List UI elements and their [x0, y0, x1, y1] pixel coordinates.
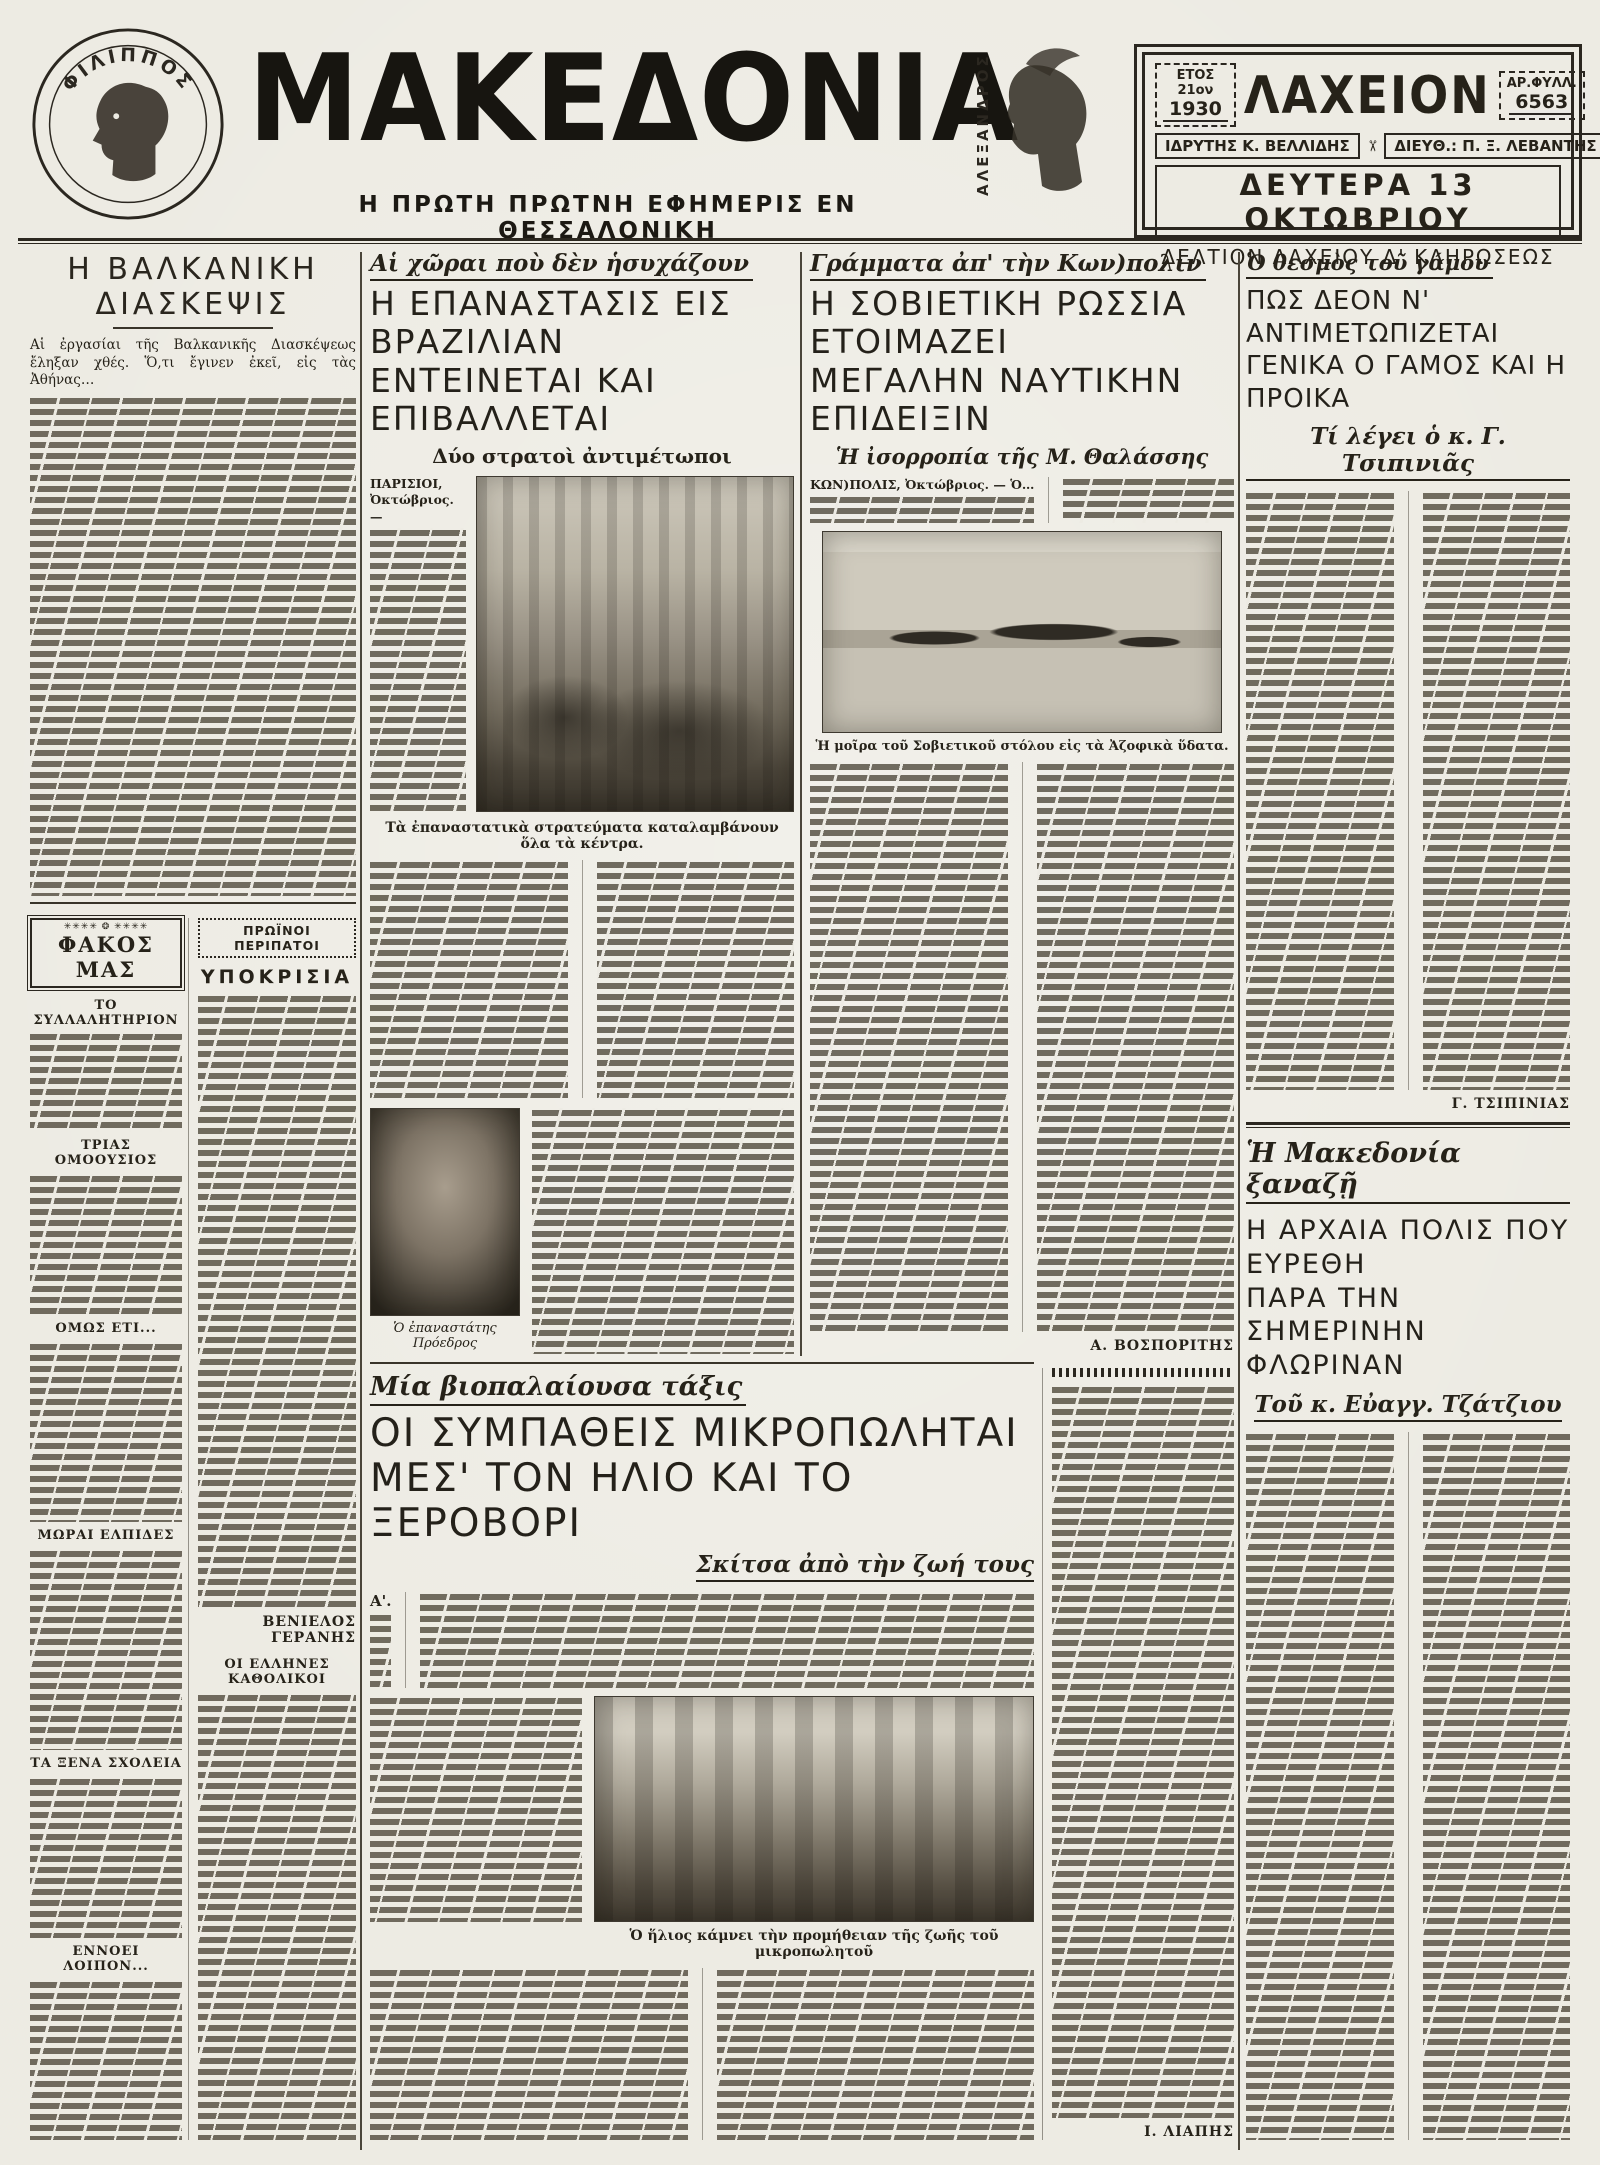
column-divider [800, 252, 802, 1356]
year-box: ΕΤΟΣ 21ον 1930 [1155, 63, 1236, 127]
body-text-block [370, 1968, 688, 2140]
parade-photo-caption: Τὰ ἐπαναστατικὰ στρατεύματα καταλαμβάνου… [370, 820, 794, 852]
column-divider [1048, 477, 1049, 523]
column-divider [1408, 491, 1409, 1090]
column-fakos-mas: ✳✳✳✳ ❂ ✳✳✳✳ ΦΑΚΟΣ ΜΑΣ ΤΟ ΣΥΛΛΑΛΗΤΗΡΙΟΝ Τ… [30, 918, 182, 2140]
body-text-block [198, 1693, 356, 2140]
issue-label: ΑΡ.ΦΥΛΛ. [1507, 76, 1577, 91]
vendors-headline-line2: ΜΕΣ' ΤΟΝ ΗΛΙΟ ΚΑΙ ΤΟ ΞΕΡΟΒΟΡΙ [370, 1457, 1034, 1547]
body-text-block [30, 1980, 182, 2141]
column-divider [582, 860, 583, 1098]
soviet-headline-line2: ΜΕΓΑΛΗΝ ΝΑΥΤΙΚΗΝ ΕΠΙΔΕΙΞΙΝ [810, 362, 1234, 439]
fakos-title: ΦΑΚΟΣ ΜΑΣ [34, 932, 178, 982]
column-divider [702, 1968, 703, 2140]
body-text-block [30, 1549, 182, 1750]
founder-box: ΙΔΡΥΤΗΣ Κ. ΒΕΛΛΙΔΗΣ [1155, 133, 1360, 159]
body-text-block [1052, 1385, 1234, 2118]
soviet-kicker: Γράμματα ἀπ' τὴν Κων)πολιν [810, 250, 1206, 281]
year-value: 1930 [1163, 98, 1228, 122]
brazil-subhead: Δύο στρατοὶ ἀντιμέτωποι [370, 444, 794, 468]
article-florina: Ἡ Μακεδονία ξαναζῇ Η ΑΡΧΑΙΑ ΠΟΛΙΣ ΠΟΥ ΕΥ… [1246, 1138, 1570, 1422]
fakos-box: ✳✳✳✳ ❂ ✳✳✳✳ ΦΑΚΟΣ ΜΑΣ [30, 918, 182, 988]
newspaper-title: ΜΑΚΕΔΟΝΙΑ [248, 40, 927, 160]
body-text-block [1246, 1432, 1394, 2140]
florina-byline: Τοῦ κ. Εὐαγγ. Τζάτζιου [1254, 1391, 1561, 1422]
florina-headline-line2: ΠΑΡΑ ΤΗΝ ΣΗΜΕΡΙΝΗΝ ΦΛΩΡΙΝΑΝ [1246, 1282, 1570, 1383]
alexander-bust-icon [1008, 65, 1086, 191]
article-soviet-navy: Γράμματα ἀπ' τὴν Κων)πολιν Η ΣΟΒΙΕΤΙΚΗ Ρ… [810, 250, 1234, 1354]
marriage-subhead: Τί λέγει ὁ κ. Γ. Τσιπινιᾶς [1246, 423, 1570, 481]
marriage-headline-line1: ΠΩΣ ΔΕΟΝ Ν' ΑΝΤΙΜΕΤΩΠΙΖΕΤΑΙ [1246, 285, 1570, 350]
philip-emblem: ΦΙΛΙΠΠΟΣ [30, 26, 226, 222]
alexander-emblem: ΑΛΕΞΑΝΔΡΟΣ [968, 36, 1098, 226]
fleet-photo-caption: Ἡ μοῖρα τοῦ Σοβιετικοῦ στόλου εἰς τὰ Ἀζο… [810, 739, 1234, 754]
column-right: Ὁ θεσμὸς τοῦ γάμου ΠΩΣ ΔΕΟΝ Ν' ΑΝΤΙΜΕΤΩΠ… [1246, 250, 1570, 2140]
column-divider [405, 1592, 406, 1688]
vendors-headline-line1: ΟΙ ΣΥΜΠΑΘΕΙΣ ΜΙΚΡΟΠΩΛΗΤΑΙ [370, 1412, 1034, 1457]
director-box: ΔΙΕΥΘ.: Π. Ξ. ΛΕΒΑΝΤΗΣ [1384, 133, 1600, 159]
vendors-signature: Ι. ΛΙΑΠΗΣ [1052, 2124, 1234, 2140]
body-text-block [1423, 1432, 1571, 2140]
brazil-headline-line2: ΕΝΤΕΙΝΕΤΑΙ ΚΑΙ ΕΠΙΒΑΛΛΕΤΑΙ [370, 362, 794, 439]
column-divider [1042, 1368, 1043, 2140]
date-box: ΔΕΥΤΕΡΑ 13 ΟΚΤΩΒΡΙΟΥ [1155, 165, 1561, 239]
brazil-kicker: Αἱ χῶραι ποὺ δὲν ἡσυχάζουν [370, 250, 753, 281]
soviet-fleet-photo [822, 531, 1222, 733]
soviet-subhead: Ἡ ἰσορροπία τῆς Μ. Θαλάσσης [810, 444, 1234, 469]
body-text-block [30, 1174, 182, 1314]
parade-photo [476, 476, 794, 812]
column-divider [1408, 1432, 1409, 2140]
year-label: ΕΤΟΣ 21ον [1163, 68, 1228, 98]
body-text-block [370, 860, 568, 1098]
issue-box: ΑΡ.ΦΥΛΛ. 6563 [1499, 71, 1585, 120]
body-text-block [370, 1696, 582, 1922]
body-text-block [30, 1032, 182, 1132]
soviet-signature: Α. ΒΟΣΠΟΡΙΤΗΣ [810, 1338, 1234, 1354]
peripatoi-kicker: ΠΡΩΪΝΟΙ ΠΕΡΙΠΑΤΟΙ [198, 918, 356, 958]
article-street-vendors: Μία βιοπαλαίουσα τάξις ΟΙ ΣΥΜΠΑΘΕΙΣ ΜΙΚΡ… [370, 1362, 1034, 2140]
balkan-headline: Η ΒΑΛΚΑΝΙΚΗ ΔΙΑΣΚΕΨΙΣ [30, 252, 356, 322]
florina-headline-line1: Η ΑΡΧΑΙΑ ΠΟΛΙΣ ΠΟΥ ΕΥΡΕΘΗ [1246, 1214, 1570, 1282]
rebel-president-portrait [370, 1108, 520, 1316]
lottery-banner: ΛΑΧΕΙΟΝ [1244, 65, 1491, 125]
marriage-headline-line2: ΓΕΝΙΚΑ Ο ΓΑΜΟΣ ΚΑΙ Η ΠΡΟΙΚΑ [1246, 350, 1570, 415]
body-text-block [1423, 491, 1571, 1090]
body-text-block [198, 994, 356, 1609]
fakos-subhead: ΕΝΝΟΕΙ ΛΟΙΠΟΝ... [30, 1944, 182, 1974]
body-text-block [810, 495, 1034, 523]
body-text-block [717, 1968, 1035, 2140]
fakos-section-title: ΤΟ ΣΥΛΛΑΛΗΤΗΡΙΟΝ [30, 998, 182, 1028]
florina-kicker: Ἡ Μακεδονία ξαναζῇ [1246, 1138, 1570, 1204]
body-text-block [1246, 491, 1394, 1090]
article-balkan-conference: Η ΒΑΛΚΑΝΙΚΗ ΔΙΑΣΚΕΨΙΣ Αἱ ἐργασίαι τῆς Βα… [30, 252, 356, 904]
section-rule [1246, 1122, 1570, 1128]
marriage-signature: Γ. ΤΣΙΠΙΝΙΑΣ [1246, 1096, 1570, 1112]
column-divider [188, 918, 189, 2140]
street-vendors-photo [594, 1696, 1034, 1922]
body-text-block [30, 396, 356, 896]
peripatoi-headline: ΥΠΟΚΡΙΣΙΑ [198, 966, 356, 988]
headline-underline [113, 327, 273, 329]
peripatoi-signature: ΒΕΝΙΕΛΟΣ ΓΕΡΑΝΗΣ [198, 1614, 356, 1646]
column-divider [1022, 762, 1023, 1332]
philip-profile-icon [93, 83, 169, 181]
fakos-subhead: ΜΩΡΑΙ ΕΛΠΙΔΕΣ [30, 1528, 182, 1543]
newspaper-subtitle: Η ΠΡΩΤΗ ΠΡΩΤΝΗ ΕΦΗΜΕΡΙΣ ΕΝ ΘΕΣΣΑΛΟΝΙΚΗ [248, 192, 968, 244]
greek-catholics-header: ΟΙ ΕΛΛΗΝΕΣ ΚΑΘΟΛΙΚΟΙ [198, 1657, 356, 1687]
body-text-block [370, 528, 466, 812]
vendors-right-column: Ι. ΛΙΑΠΗΣ [1052, 1368, 1234, 2140]
soviet-dateline: ΚΩΝ)ΠΟΛΙΣ, Ὀκτώβριος. — Ὁ… [810, 477, 1034, 493]
body-text-block [370, 1613, 391, 1688]
vendors-subhead: Σκίτσα ἀπὸ τὴν ζωή τους [696, 1551, 1034, 1582]
body-text-block [810, 762, 1008, 1332]
vendors-photo-caption: Ὁ ἥλιος κάμνει τὴν προμήθειαν τῆς ζωῆς τ… [594, 1928, 1034, 1960]
ornament-row: ✳✳✳✳ ❂ ✳✳✳✳ [34, 922, 178, 932]
section-rule [30, 902, 356, 904]
article-marriage: Ὁ θεσμὸς τοῦ γάμου ΠΩΣ ΔΕΟΝ Ν' ΑΝΤΙΜΕΤΩΠ… [1246, 250, 1570, 481]
masthead-info-box: ΕΤΟΣ 21ον 1930 ΛΑΧΕΙΟΝ ΑΡ.ΦΥΛΛ. 6563 ΙΔΡ… [1142, 52, 1574, 230]
column-morning-walks: ΠΡΩΪΝΟΙ ΠΕΡΙΠΑΤΟΙ ΥΠΟΚΡΙΣΙΑ ΒΕΝΙΕΛΟΣ ΓΕΡ… [198, 918, 356, 2140]
portrait-caption: Ὁ ἐπαναστάτης Πρόεδρος [370, 1321, 520, 1351]
masthead-rule [18, 238, 1582, 244]
fakos-subhead: ΟΜΩΣ ΕΤΙ... [30, 1321, 182, 1336]
vendors-part-label: Α'. [370, 1592, 391, 1610]
balkan-lead-paragraph: Αἱ ἐργασίαι τῆς Βαλκανικῆς Διασκέψεως ἔλ… [30, 337, 356, 390]
body-text-block [532, 1108, 794, 1354]
body-text-block [30, 1342, 182, 1523]
marriage-kicker: Ὁ θεσμὸς τοῦ γάμου [1246, 250, 1493, 279]
issue-number: 6563 [1509, 91, 1574, 115]
article-brazil-revolution: Αἱ χῶραι ποὺ δὲν ἡσυχάζουν Η ΕΠΑΝΑΣΤΑΣΙΣ… [370, 250, 794, 1354]
scissors-icon: ✂ [1363, 140, 1381, 153]
brazil-dateline: ΠΑΡΙΣΙΟΙ, Ὀκτώβριος. — [370, 476, 466, 525]
masthead-title-block: ΜΑΚΕΔΟΝΙΑ [248, 40, 978, 160]
body-text-block [420, 1592, 1034, 1688]
fakos-subhead: ΤΡΙΑΣ ΟΜΟΟΥΣΙΟΣ [30, 1138, 182, 1168]
body-text-block [30, 1777, 182, 1938]
column-divider [360, 252, 362, 2150]
brazil-headline-line1: Η ΕΠΑΝΑΣΤΑΣΙΣ ΕΙΣ ΒΡΑΖΙΛΙΑΝ [370, 285, 794, 362]
soviet-headline-line1: Η ΣΟΒΙΕΤΙΚΗ ΡΩΣΣΙΑ ΕΤΟΙΜΑΖΕΙ [810, 285, 1234, 362]
fakos-subhead: ΤΑ ΞΕΝΑ ΣΧΟΛΕΙΑ [30, 1756, 182, 1771]
body-text-block [597, 860, 795, 1098]
body-text-block [1063, 477, 1234, 523]
ornament-rule [1052, 1368, 1234, 1377]
body-text-block [1037, 762, 1235, 1332]
newspaper-page: ΦΙΛΙΠΠΟΣ ΜΑΚΕΔΟΝΙΑ Η ΠΡΩΤΗ ΠΡΩΤΝΗ ΕΦΗΜΕΡ… [0, 0, 1600, 2165]
vendors-kicker: Μία βιοπαλαίουσα τάξις [370, 1372, 746, 1406]
alexander-emblem-label: ΑΛΕΞΑΝΔΡΟΣ [974, 53, 992, 196]
column-divider [1238, 252, 1240, 2150]
